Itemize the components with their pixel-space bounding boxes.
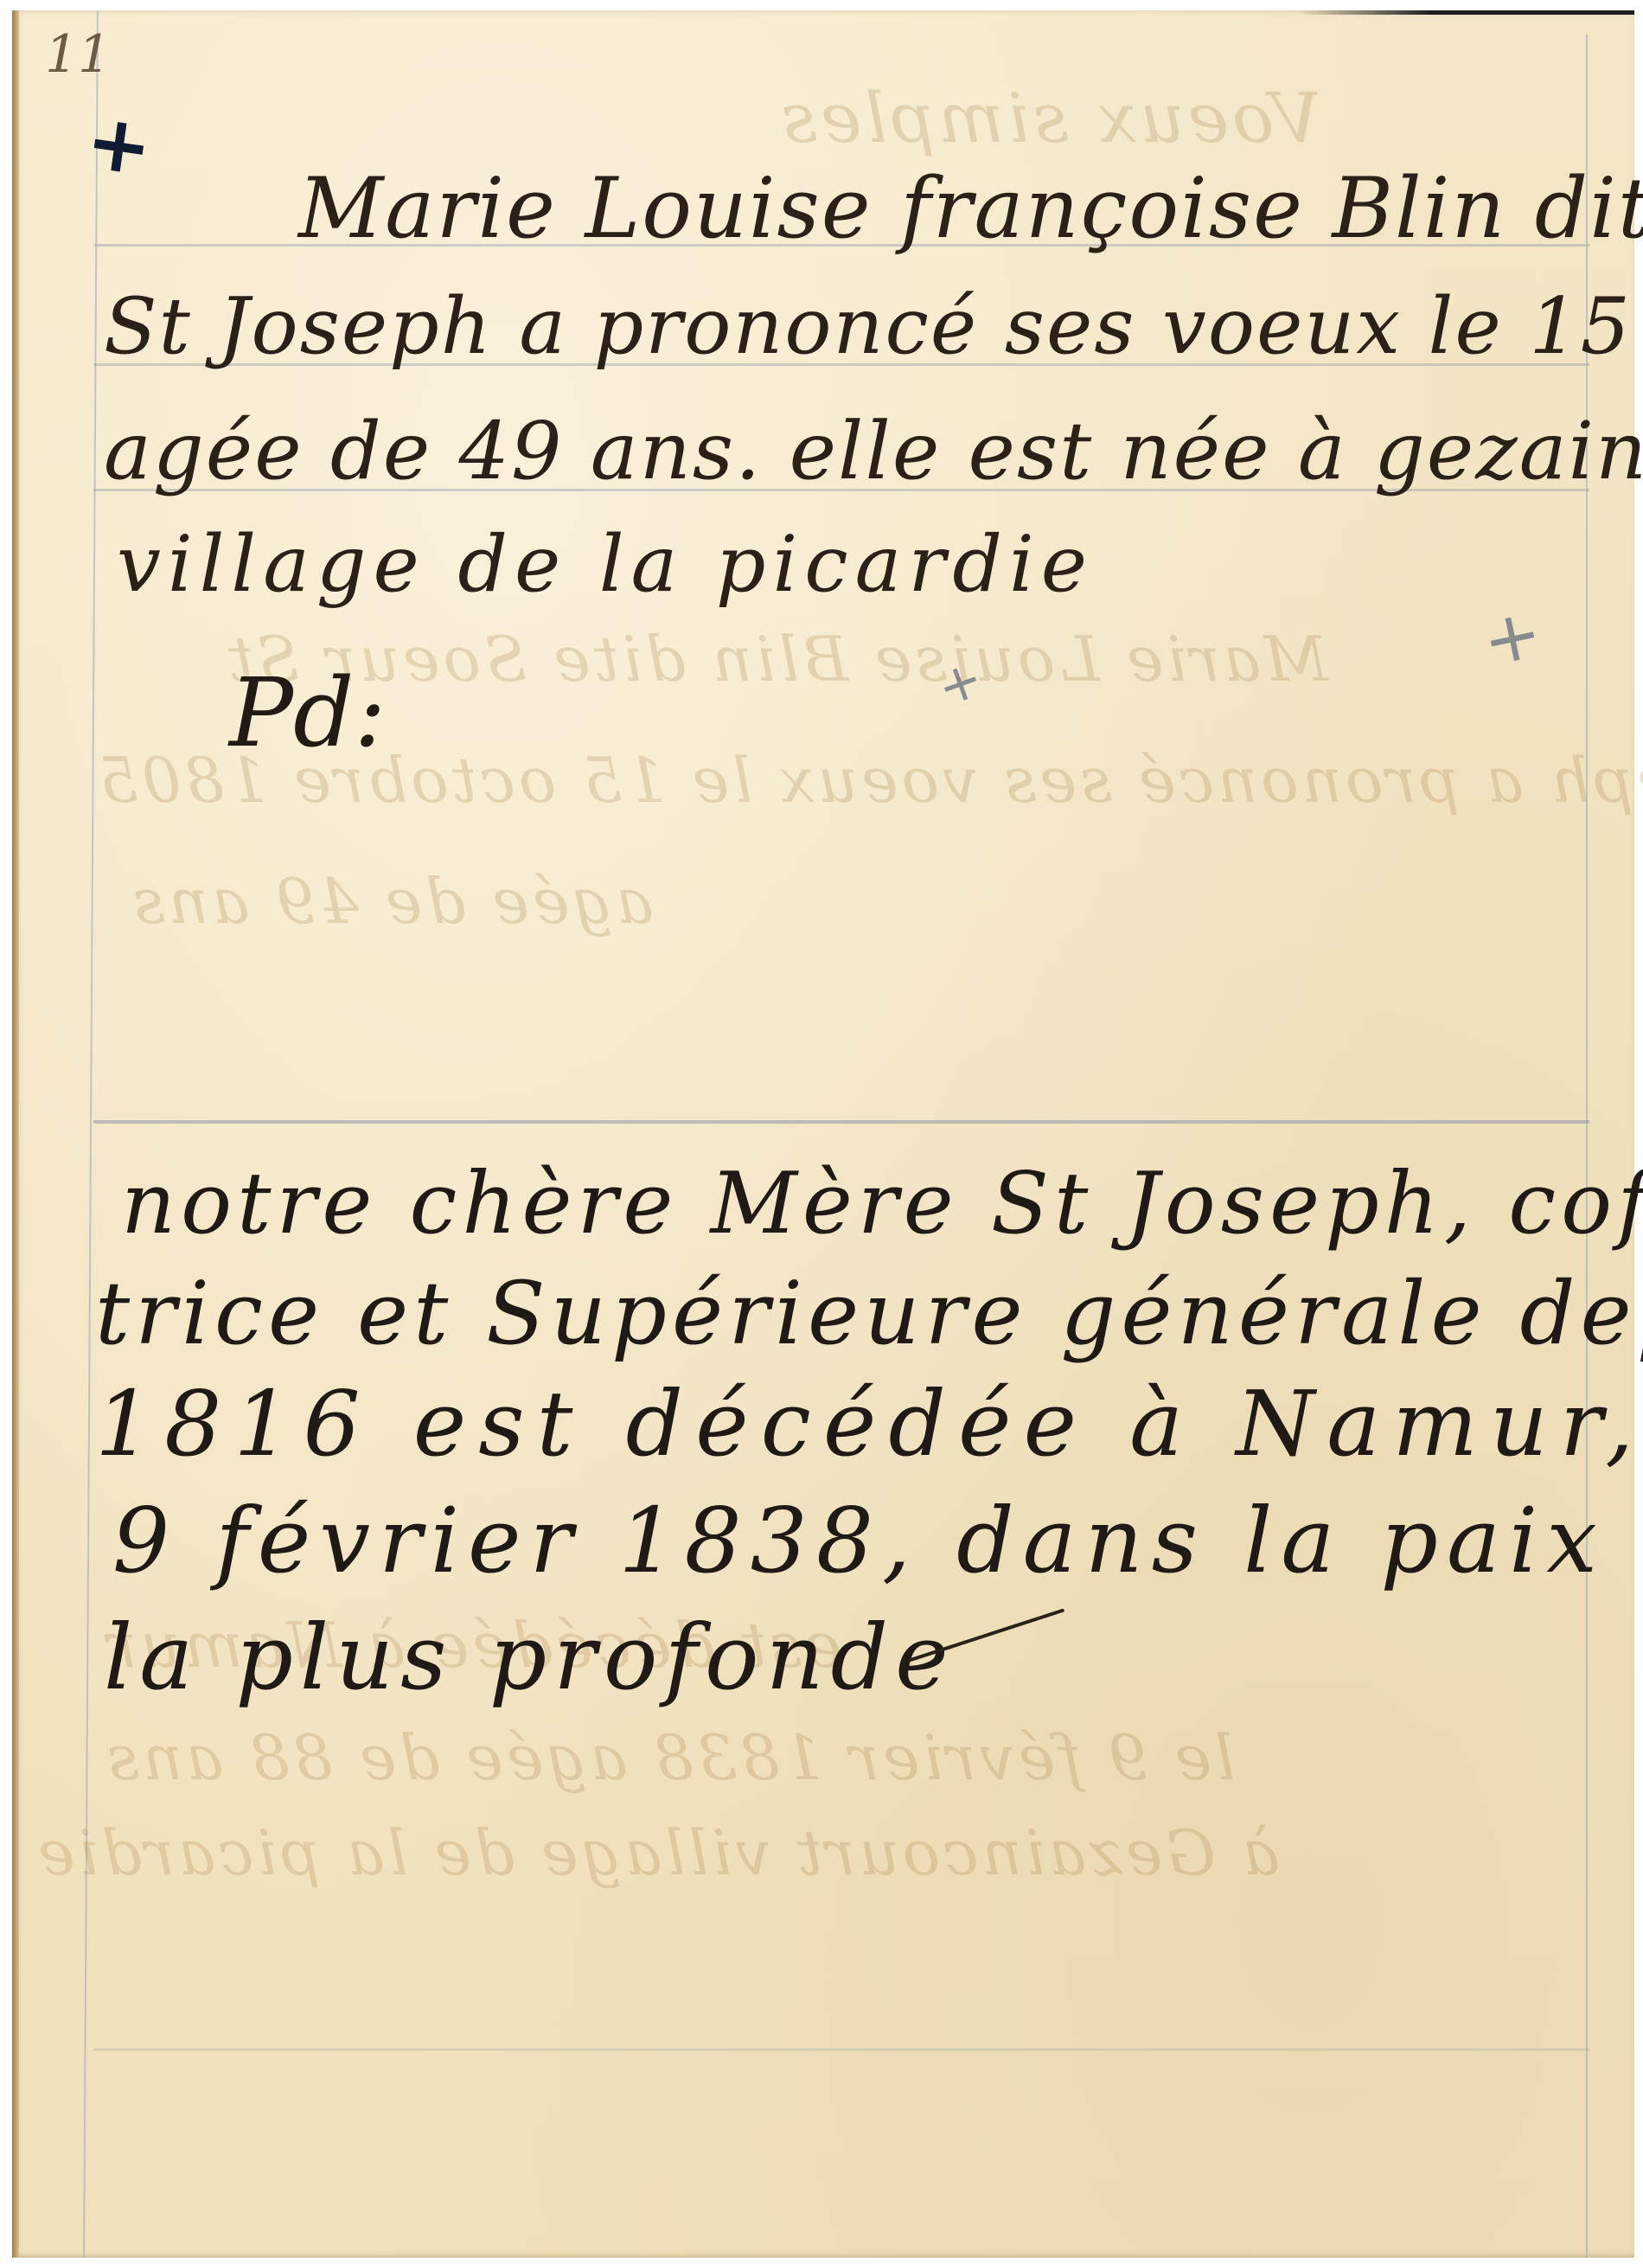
entry-2-line-1: notre chère Mère St Joseph, cofonda xyxy=(121,1155,1643,1253)
entry-2-line-5: la plus profonde xyxy=(104,1605,956,1710)
ink-cross-icon: + xyxy=(80,95,157,194)
ruled-line xyxy=(93,1120,1589,1124)
page-binding-edge xyxy=(12,10,19,2258)
entry-2-line-3: 1816 est décédée à Namur, le xyxy=(95,1371,1643,1477)
bleed-through-text: Marie Louise Blin dite Soeur St xyxy=(225,623,1328,695)
page-top-shadow xyxy=(1297,10,1634,15)
entry-2-line-4: 9 février 1838, dans la paix xyxy=(112,1488,1606,1593)
page-number: 11 xyxy=(45,24,111,85)
bleed-through-text: à Gezaincourt village de la picardie xyxy=(35,1816,1280,1889)
entry-1-line-3: agée de 49 ans. elle est née à gezaincou… xyxy=(104,405,1643,497)
bleed-through-text: Voeux simples xyxy=(778,78,1321,158)
bleed-through-text: le 9 février 1838 agée de 88 ans xyxy=(104,1721,1235,1794)
entry-2-line-2: trice et Supérieure générale depuis xyxy=(95,1263,1643,1364)
annotation-pd: Pd: xyxy=(229,657,387,768)
entry-1-line-2: St Joseph a prononcé ses voeux le 15 oct… xyxy=(104,281,1643,372)
entry-1-line-4: village de la picardie xyxy=(117,519,1094,610)
bleed-through-text: agée de 49 ans xyxy=(130,865,653,938)
entry-1-line-1: Marie Louise françoise Blin dite Soeur xyxy=(298,160,1643,257)
ruled-line xyxy=(93,2048,1589,2051)
